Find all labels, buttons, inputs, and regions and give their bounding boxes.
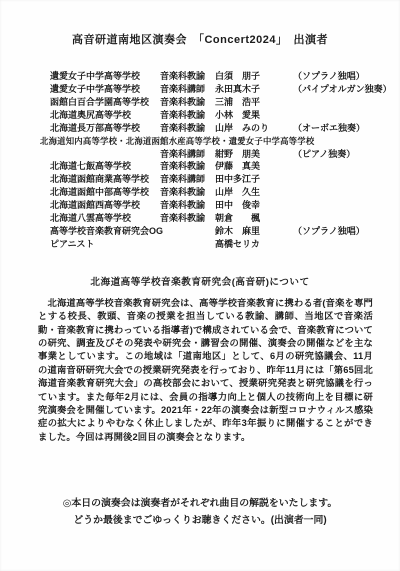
performer-row: ピアニスト 高橋セリカ [50, 238, 400, 251]
page-title: 高音研道南地区演奏会 「Concert2024」 出演者 [0, 0, 400, 47]
performer-row: 北海道函館西高等学校 音楽科教諭 田中 俊幸 [50, 199, 400, 212]
performance-note: （オーボエ独奏） [293, 122, 400, 135]
school-name: ピアニスト [50, 238, 160, 251]
school-name [50, 148, 160, 161]
closing-note-line2: どうか最後までごゆっくりお聴きください。(出演者一同) [0, 513, 400, 530]
performer-name: 山岸 みのり [215, 122, 293, 135]
role: 音楽科教諭 [160, 186, 215, 199]
performance-note [293, 199, 400, 212]
role [160, 225, 215, 238]
role [160, 238, 215, 251]
school-name: 北海道奥尻高等学校 [50, 109, 160, 122]
school-name: 北海道八雲高等学校 [50, 212, 160, 225]
school-name: 北海道長万部高等学校 [50, 122, 160, 135]
role: 音楽科教諭 [160, 109, 215, 122]
school-name: 遺愛女子中学高等学校 [50, 70, 160, 83]
performer-row: 遺愛女子中学高等学校 音楽科講師 永田真木子 （パイプオルガン独奏） [50, 83, 400, 96]
school-name: 北海道函館西高等学校 [50, 199, 160, 212]
school-name: 北海道七飯高等学校 [50, 160, 160, 173]
performance-note: （ソプラノ独唱） [293, 70, 400, 83]
performance-note [293, 96, 400, 109]
performer-name: 小林 愛果 [215, 109, 293, 122]
performer-name: 高橋セリカ [215, 238, 293, 251]
school-name: 函館白百合学園高等学校 [50, 96, 160, 109]
performer-name: 白須 朋子 [215, 70, 293, 83]
performer-row: 北海道函館中部高等学校 音楽科教諭 山岸 久生 [50, 186, 400, 199]
performer-name: 朝倉 楓 [215, 212, 293, 225]
performance-note [293, 212, 400, 225]
performance-note: （パイプオルガン独奏） [293, 83, 400, 96]
role: 音楽科教諭 [160, 122, 215, 135]
performer-row: 音楽科講師 紺野 朋美 （ピアノ独奏） [50, 148, 400, 161]
performer-row: 北海道函館商業高等学校 音楽科講師 田中多江子 [50, 173, 400, 186]
closing-note-line1: ◎本日の演奏会は演奏者がそれぞれ曲目の解説をいたします。 [0, 496, 400, 513]
performance-note: （ピアノ独奏） [293, 148, 400, 161]
performer-name: 紺野 朋美 [215, 148, 293, 161]
role: 音楽科講師 [160, 173, 215, 186]
performer-name: 田中多江子 [215, 173, 293, 186]
performance-note [293, 109, 400, 122]
multi-school-line: 北海道知内高等学校・北海道函館水産高等学校・遺愛女子中学高等学校 [40, 135, 400, 148]
closing-note: ◎本日の演奏会は演奏者がそれぞれ曲目の解説をいたします。 どうか最後までごゆっく… [0, 496, 400, 529]
school-name: 北海道函館商業高等学校 [50, 173, 160, 186]
performer-row: 北海道長万部高等学校 音楽科教諭 山岸 みのり （オーボエ独奏） [50, 122, 400, 135]
role: 音楽科教諭 [160, 199, 215, 212]
performer-name: 三浦 浩平 [215, 96, 293, 109]
role: 音楽科講師 [160, 148, 215, 161]
performer-name: 永田真木子 [215, 83, 293, 96]
performance-note [293, 160, 400, 173]
performer-name: 鈴木 麻里 [215, 225, 293, 238]
performance-note: （ソプラノ独唱） [293, 225, 400, 238]
role: 音楽科教諭 [160, 96, 215, 109]
role: 音楽科教諭 [160, 70, 215, 83]
role: 音楽科教諭 [160, 160, 215, 173]
performer-name: 田中 俊幸 [215, 199, 293, 212]
performer-row: 函館白百合学園高等学校 音楽科教諭 三浦 浩平 [50, 96, 400, 109]
performance-note [293, 173, 400, 186]
performer-name: 山岸 久生 [215, 186, 293, 199]
performance-note [293, 238, 400, 251]
role: 音楽科講師 [160, 83, 215, 96]
school-name: 高等学校音楽教育研究会OG [50, 225, 160, 238]
about-section-body: 北海道高等学校音楽教育研究会は、高等学校音楽教育に携わる者(音楽を専門とする校長… [38, 297, 373, 444]
about-section-heading: 北海道高等学校音楽教育研究会(高音研)について [0, 274, 400, 288]
performer-name: 伊藤 真美 [215, 160, 293, 173]
school-name: 遺愛女子中学高等学校 [50, 83, 160, 96]
school-name: 北海道函館中部高等学校 [50, 186, 160, 199]
performer-table: 遺愛女子中学高等学校 音楽科教諭 白須 朋子 （ソプラノ独唱） 遺愛女子中学高等… [50, 70, 400, 251]
performer-row: 高等学校音楽教育研究会OG 鈴木 麻里 （ソプラノ独唱） [50, 225, 400, 238]
performer-row: 北海道八雲高等学校 音楽科教諭 朝倉 楓 [50, 212, 400, 225]
role: 音楽科教諭 [160, 212, 215, 225]
performer-row: 北海道奥尻高等学校 音楽科教諭 小林 愛果 [50, 109, 400, 122]
performer-row: 北海道七飯高等学校 音楽科教諭 伊藤 真美 [50, 160, 400, 173]
concert-program-page: 高音研道南地区演奏会 「Concert2024」 出演者 遺愛女子中学高等学校 … [0, 0, 400, 571]
performance-note [293, 186, 400, 199]
performer-row: 遺愛女子中学高等学校 音楽科教諭 白須 朋子 （ソプラノ独唱） [50, 70, 400, 83]
